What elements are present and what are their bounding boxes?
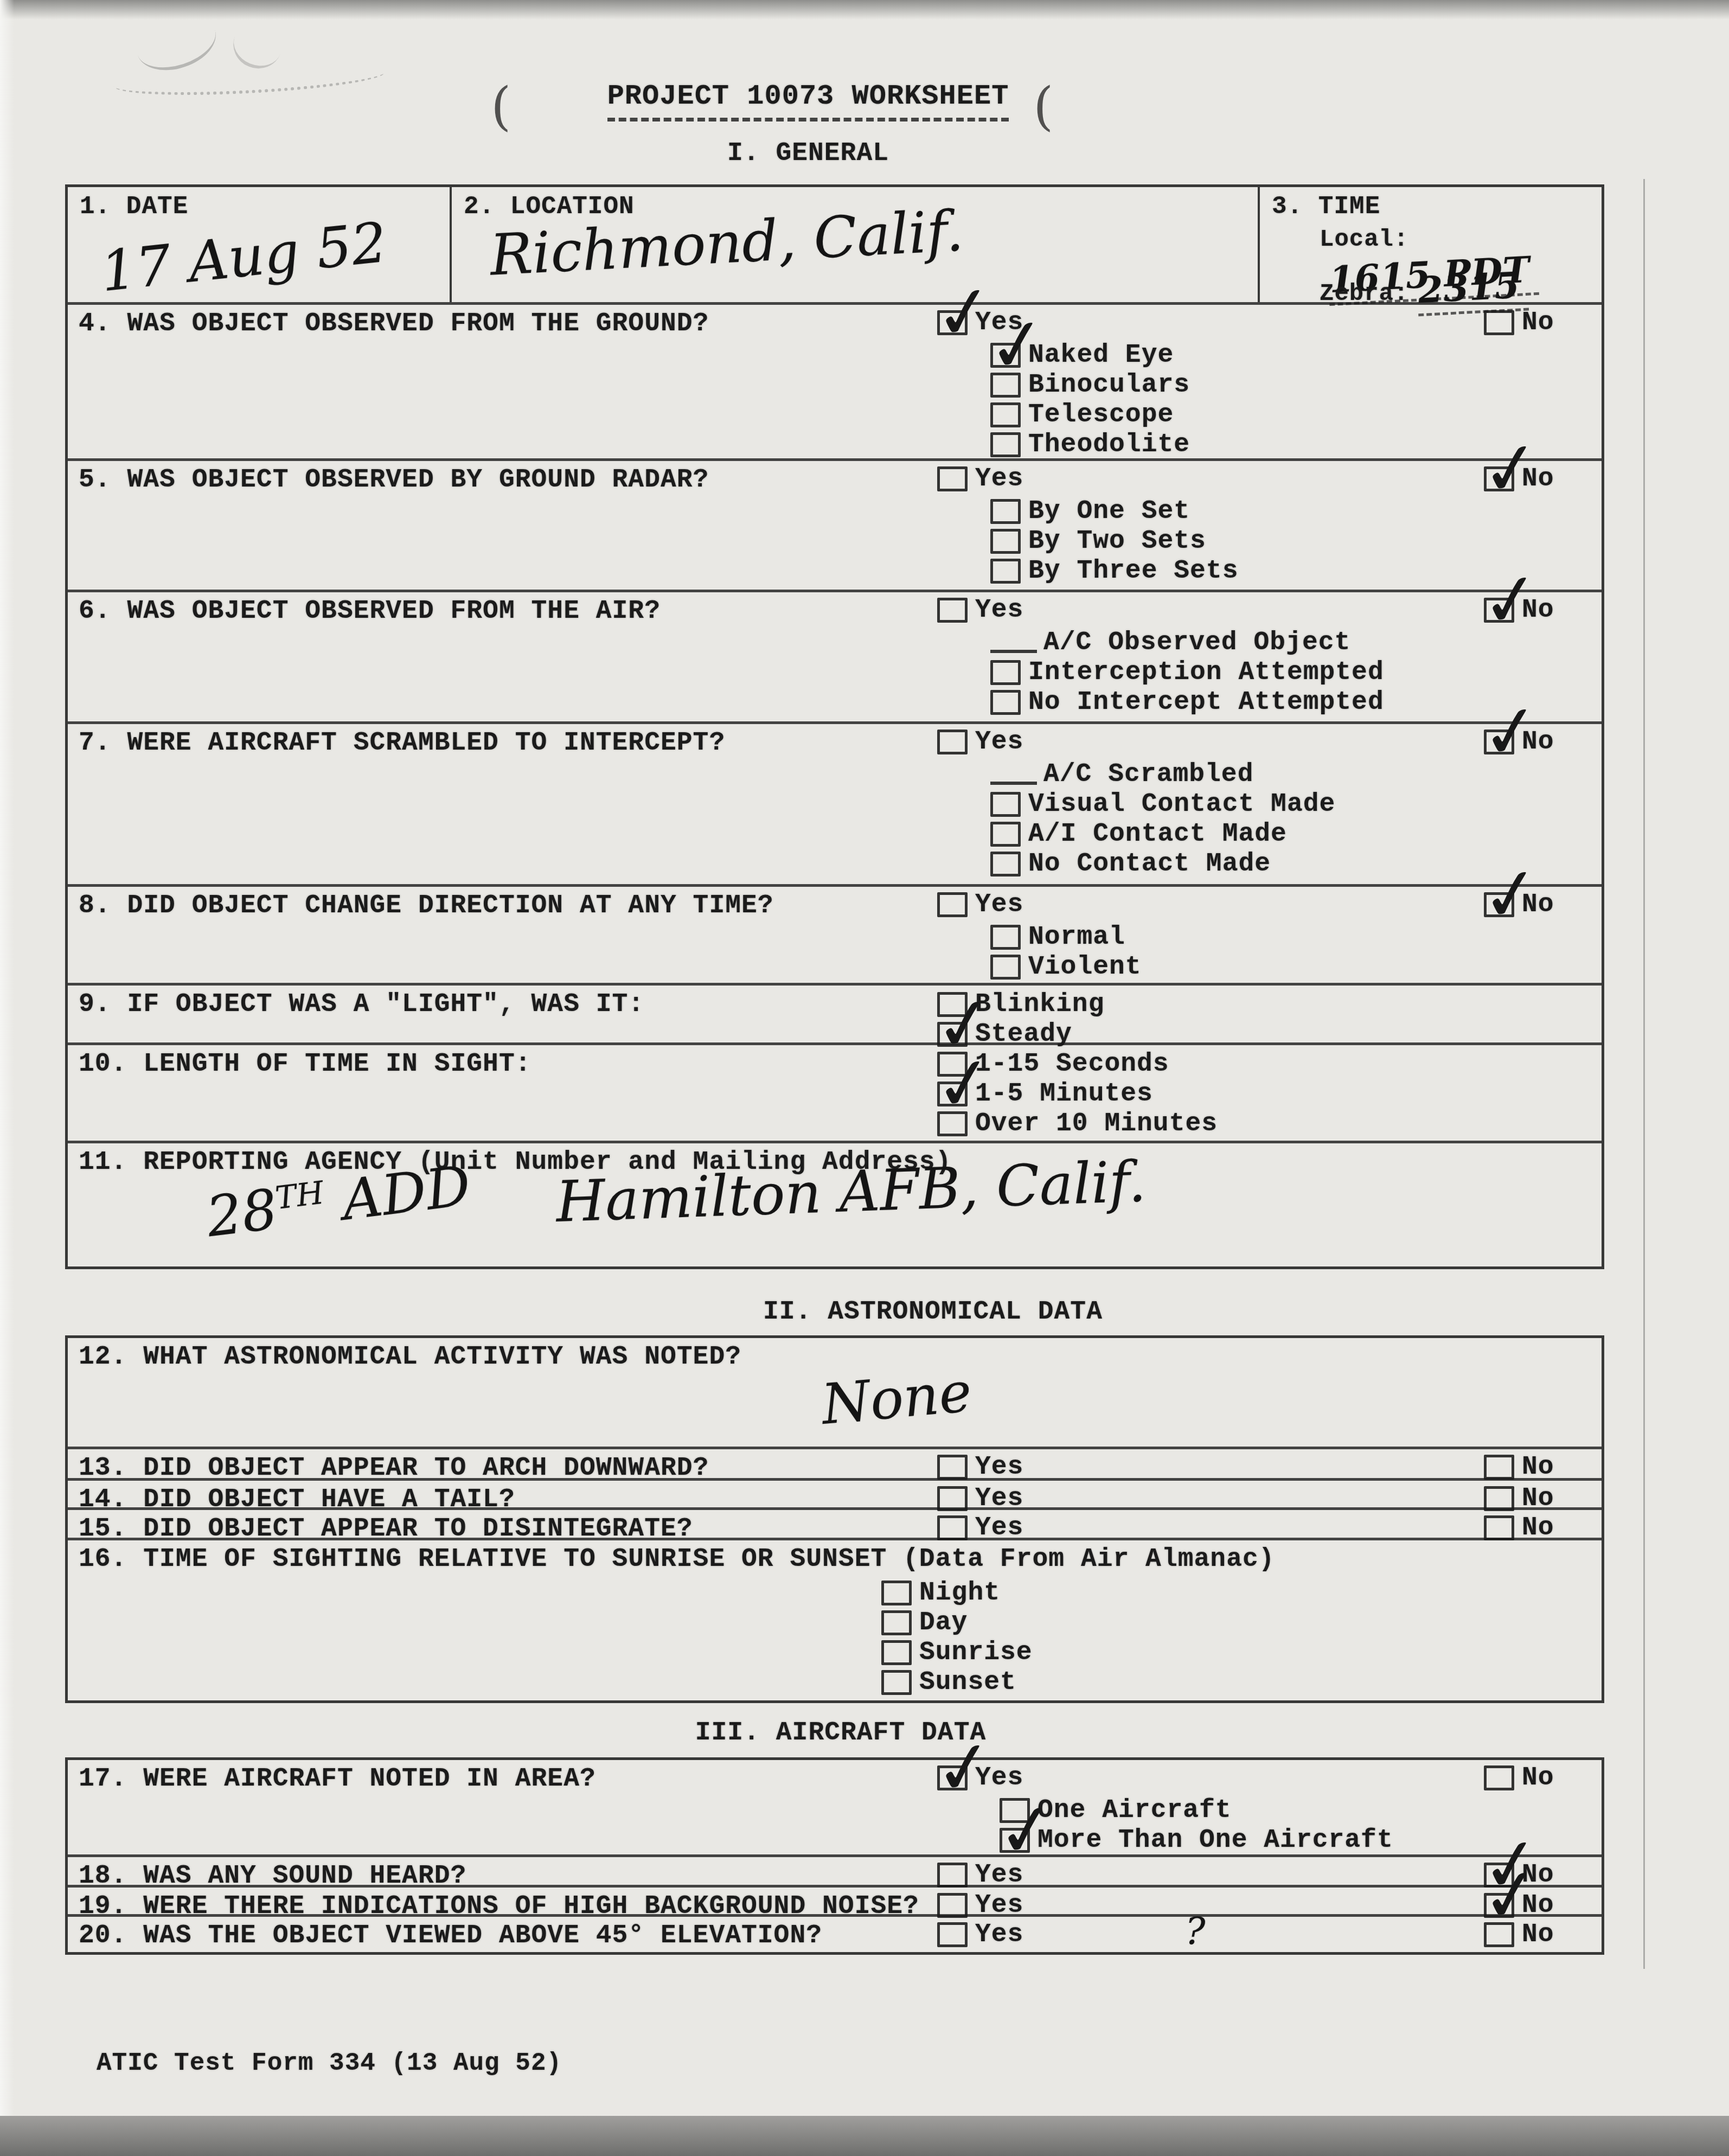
option-checkbox-q10-3[interactable]	[937, 1111, 968, 1136]
no-checkbox-q7[interactable]: ✓	[1484, 730, 1514, 754]
option-checkbox-q4-1[interactable]: ✓	[990, 343, 1021, 368]
option-checkbox-q7-3[interactable]	[990, 822, 1021, 847]
question-label-q6: 6. WAS OBJECT OBSERVED FROM THE AIR?	[79, 597, 661, 626]
question-row-q17: 17. WERE AIRCRAFT NOTED IN AREA?✓YesOne …	[68, 1760, 1602, 1854]
option-label-q17-1: One Aircraft	[1038, 1796, 1232, 1825]
option-label-q5-2: By Two Sets	[1028, 527, 1206, 556]
question-row-q11: 11. REPORTING AGENCY (Unit Number and Ma…	[68, 1141, 1602, 1266]
option-label-q6-1: A/C Observed Object	[1043, 628, 1350, 657]
table-general: 1. DATE 17 Aug 52 2. LOCATION Richmond, …	[65, 184, 1604, 1269]
question-label-q10: 10. LENGTH OF TIME IN SIGHT:	[79, 1050, 531, 1079]
form-title-wrap: PROJECT 10073 WORKSHEET	[0, 80, 1616, 121]
no-checkbox-q5[interactable]: ✓	[1484, 466, 1514, 491]
question-row-q12: 12. WHAT ASTRONOMICAL ACTIVITY WAS NOTED…	[68, 1338, 1602, 1447]
option-checkbox-q5-2[interactable]	[990, 529, 1021, 554]
no-label-q4: No	[1522, 308, 1554, 337]
option-label-q16-1: Night	[919, 1578, 1000, 1608]
question-label-q12: 12. WHAT ASTRONOMICAL ACTIVITY WAS NOTED…	[79, 1342, 741, 1372]
question-row-q10: 10. LENGTH OF TIME IN SIGHT:1-15 Seconds…	[68, 1042, 1602, 1141]
handwritten-answer-q12: None	[819, 1360, 974, 1437]
yes-label-q6: Yes	[975, 596, 1023, 625]
no-checkbox-q13[interactable]	[1484, 1455, 1514, 1480]
table-astronomical: 12. WHAT ASTRONOMICAL ACTIVITY WAS NOTED…	[65, 1335, 1604, 1703]
time-label: 3. TIME	[1272, 193, 1380, 221]
no-checkbox-q4[interactable]	[1484, 310, 1514, 335]
question-row-q15: 15. DID OBJECT APPEAR TO DISINTEGRATE?Ye…	[68, 1507, 1602, 1538]
option-checkbox-q7-4[interactable]	[990, 852, 1021, 877]
section-heading-aircraft: III. AIRCRAFT DATA	[33, 1718, 1649, 1748]
date-field[interactable]: 1. DATE 17 Aug 52	[68, 187, 452, 302]
time-local-label: Local:	[1320, 226, 1408, 253]
blank-underline	[990, 632, 1037, 653]
option-checkbox-q6-2[interactable]	[990, 660, 1021, 685]
option-label-q6-3: No Intercept Attempted	[1028, 688, 1384, 717]
question-row-q4: 4. WAS OBJECT OBSERVED FROM THE GROUND?✓…	[68, 302, 1602, 458]
scanned-form-page: ( ( PROJECT 10073 WORKSHEET I. GENERAL 1…	[0, 0, 1729, 2156]
option-label-q16-3: Sunrise	[919, 1638, 1033, 1667]
option-label-q6-2: Interception Attempted	[1028, 658, 1384, 687]
yes-checkbox-q7[interactable]	[937, 730, 968, 754]
yes-checkbox-q15[interactable]	[937, 1515, 968, 1540]
option-label-q5-1: By One Set	[1028, 497, 1190, 526]
option-checkbox-q16-4[interactable]	[881, 1670, 912, 1695]
handwritten-check-mark: ✓	[1476, 561, 1546, 640]
question-row-q16: 16. TIME OF SIGHTING RELATIVE TO SUNRISE…	[68, 1538, 1602, 1700]
handwritten-check-mark: ✓	[1476, 855, 1546, 935]
option-label-q8-2: Violent	[1028, 952, 1142, 982]
date-value-handwritten: 17 Aug 52	[98, 210, 390, 305]
question-row-q19: 19. WERE THERE INDICATIONS OF HIGH BACKG…	[68, 1885, 1602, 1914]
question-label-q20: 20. WAS THE OBJECT VIEWED ABOVE 45° ELEV…	[79, 1921, 822, 1950]
question-label-q9: 9. IF OBJECT WAS A "LIGHT", WAS IT:	[79, 990, 644, 1019]
question-label-q4: 4. WAS OBJECT OBSERVED FROM THE GROUND?	[79, 309, 709, 338]
yes-checkbox-q5[interactable]	[937, 466, 968, 491]
no-checkbox-q20[interactable]	[1484, 1922, 1514, 1947]
page-fold-line	[1643, 179, 1645, 1969]
yes-checkbox-q13[interactable]	[937, 1455, 968, 1480]
option-label-q9-1: Blinking	[975, 990, 1104, 1019]
scan-top-edge	[0, 0, 1729, 20]
question-label-q5: 5. WAS OBJECT OBSERVED BY GROUND RADAR?	[79, 465, 709, 495]
option-label-q16-4: Sunset	[919, 1668, 1016, 1697]
option-checkbox-q5-3[interactable]	[990, 559, 1021, 584]
header-row: 1. DATE 17 Aug 52 2. LOCATION Richmond, …	[68, 187, 1602, 302]
option-checkbox-q17-2[interactable]: ✓	[1000, 1828, 1030, 1853]
yes-checkbox-q6[interactable]	[937, 598, 968, 623]
time-field[interactable]: 3. TIME Local:1615 PDT Zebra:2315	[1260, 187, 1602, 302]
question-row-q20: 20. WAS THE OBJECT VIEWED ABOVE 45° ELEV…	[68, 1914, 1602, 1952]
question-label-q17: 17. WERE AIRCRAFT NOTED IN AREA?	[79, 1764, 596, 1794]
section-heading-astronomical: II. ASTRONOMICAL DATA	[125, 1297, 1729, 1327]
option-checkbox-q5-1[interactable]	[990, 499, 1021, 524]
option-label-q4-2: Binoculars	[1028, 370, 1190, 400]
option-checkbox-q4-2[interactable]	[990, 373, 1021, 398]
yes-checkbox-q4[interactable]: ✓	[937, 310, 968, 335]
yes-checkbox-q17[interactable]: ✓	[937, 1765, 968, 1790]
option-label-q7-4: No Contact Made	[1028, 849, 1271, 879]
question-label-q16: 16. TIME OF SIGHTING RELATIVE TO SUNRISE…	[79, 1545, 1275, 1574]
option-label-q7-1: A/C Scrambled	[1043, 760, 1253, 789]
yes-label-q13: Yes	[975, 1453, 1023, 1482]
option-checkbox-q4-3[interactable]	[990, 402, 1021, 427]
option-checkbox-q10-2[interactable]: ✓	[937, 1082, 968, 1106]
table-aircraft: 17. WERE AIRCRAFT NOTED IN AREA?✓YesOne …	[65, 1757, 1604, 1955]
no-checkbox-q17[interactable]	[1484, 1765, 1514, 1790]
yes-label-q7: Yes	[975, 727, 1023, 757]
scan-left-edge	[0, 0, 14, 2156]
handwritten-check-mark: ✓	[1476, 693, 1546, 772]
option-label-q5-3: By Three Sets	[1028, 556, 1238, 586]
option-checkbox-q8-2[interactable]	[990, 955, 1021, 980]
handwritten-answer-q20: ?	[1185, 1909, 1206, 1954]
no-label-q17: No	[1522, 1763, 1554, 1793]
scan-bottom-edge	[0, 2116, 1729, 2156]
unit-ordinal-suffix: TH	[273, 1174, 326, 1216]
form-number-footer: ATIC Test Form 334 (13 Aug 52)	[97, 2049, 562, 2077]
unit-number: 28	[203, 1177, 281, 1250]
no-checkbox-q15[interactable]	[1484, 1515, 1514, 1540]
yes-checkbox-q8[interactable]	[937, 892, 968, 917]
option-label-q8-1: Normal	[1028, 923, 1125, 952]
yes-label-q8: Yes	[975, 890, 1023, 919]
location-field[interactable]: 2. LOCATION Richmond, Calif.	[452, 187, 1260, 302]
no-checkbox-q6[interactable]: ✓	[1484, 598, 1514, 623]
option-label-q7-2: Visual Contact Made	[1028, 790, 1335, 819]
option-label-q16-2: Day	[919, 1608, 968, 1637]
option-checkbox-q7-2[interactable]	[990, 792, 1021, 817]
blank-underline	[990, 764, 1037, 785]
question-row-q5: 5. WAS OBJECT OBSERVED BY GROUND RADAR?Y…	[68, 458, 1602, 590]
option-label-q10-1: 1-15 Seconds	[975, 1050, 1169, 1079]
section-heading-general: I. GENERAL	[0, 139, 1616, 168]
option-checkbox-q4-4[interactable]	[990, 432, 1021, 457]
form-title: PROJECT 10073 WORKSHEET	[607, 80, 1009, 121]
option-label-q7-3: A/I Contact Made	[1028, 820, 1287, 849]
question-row-q6: 6. WAS OBJECT OBSERVED FROM THE AIR?YesA…	[68, 590, 1602, 721]
question-row-q13: 13. DID OBJECT APPEAR TO ARCH DOWNWARD?Y…	[68, 1447, 1602, 1478]
handwritten-check-mark: ✓	[1476, 430, 1546, 509]
question-label-q8: 8. DID OBJECT CHANGE DIRECTION AT ANY TI…	[79, 891, 774, 920]
option-checkbox-q6-3[interactable]	[990, 690, 1021, 715]
yes-checkbox-q20[interactable]	[937, 1922, 968, 1947]
question-row-q8: 8. DID OBJECT CHANGE DIRECTION AT ANY TI…	[68, 884, 1602, 983]
yes-label-q5: Yes	[975, 464, 1023, 494]
option-label-q4-3: Telescope	[1028, 400, 1174, 430]
option-checkbox-q16-3[interactable]	[881, 1640, 912, 1665]
option-label-q17-2: More Than One Aircraft	[1038, 1826, 1393, 1855]
option-label-q10-2: 1-5 Minutes	[975, 1079, 1153, 1109]
question-row-q7: 7. WERE AIRCRAFT SCRAMBLED TO INTERCEPT?…	[68, 721, 1602, 884]
yes-checkbox-q18[interactable]	[937, 1863, 968, 1888]
question-row-q9: 9. IF OBJECT WAS A "LIGHT", WAS IT:Blink…	[68, 983, 1602, 1042]
date-label: 1. DATE	[80, 193, 188, 221]
option-label-q4-4: Theodolite	[1028, 430, 1190, 459]
handwritten-check-mark: ✓	[930, 1729, 999, 1808]
option-checkbox-q8-1[interactable]	[990, 925, 1021, 950]
option-checkbox-q16-2[interactable]	[881, 1610, 912, 1635]
question-row-q18: 18. WAS ANY SOUND HEARD?Yes✓No	[68, 1854, 1602, 1885]
question-row-q14: 14. DID OBJECT HAVE A TAIL?YesNo	[68, 1478, 1602, 1507]
no-checkbox-q8[interactable]: ✓	[1484, 892, 1514, 917]
option-checkbox-q16-1[interactable]	[881, 1581, 912, 1605]
no-label-q20: No	[1522, 1920, 1554, 1949]
question-label-q7: 7. WERE AIRCRAFT SCRAMBLED TO INTERCEPT?	[79, 728, 725, 758]
option-label-q10-3: Over 10 Minutes	[975, 1109, 1218, 1138]
yes-label-q20: Yes	[975, 1920, 1023, 1949]
no-label-q13: No	[1522, 1453, 1554, 1482]
